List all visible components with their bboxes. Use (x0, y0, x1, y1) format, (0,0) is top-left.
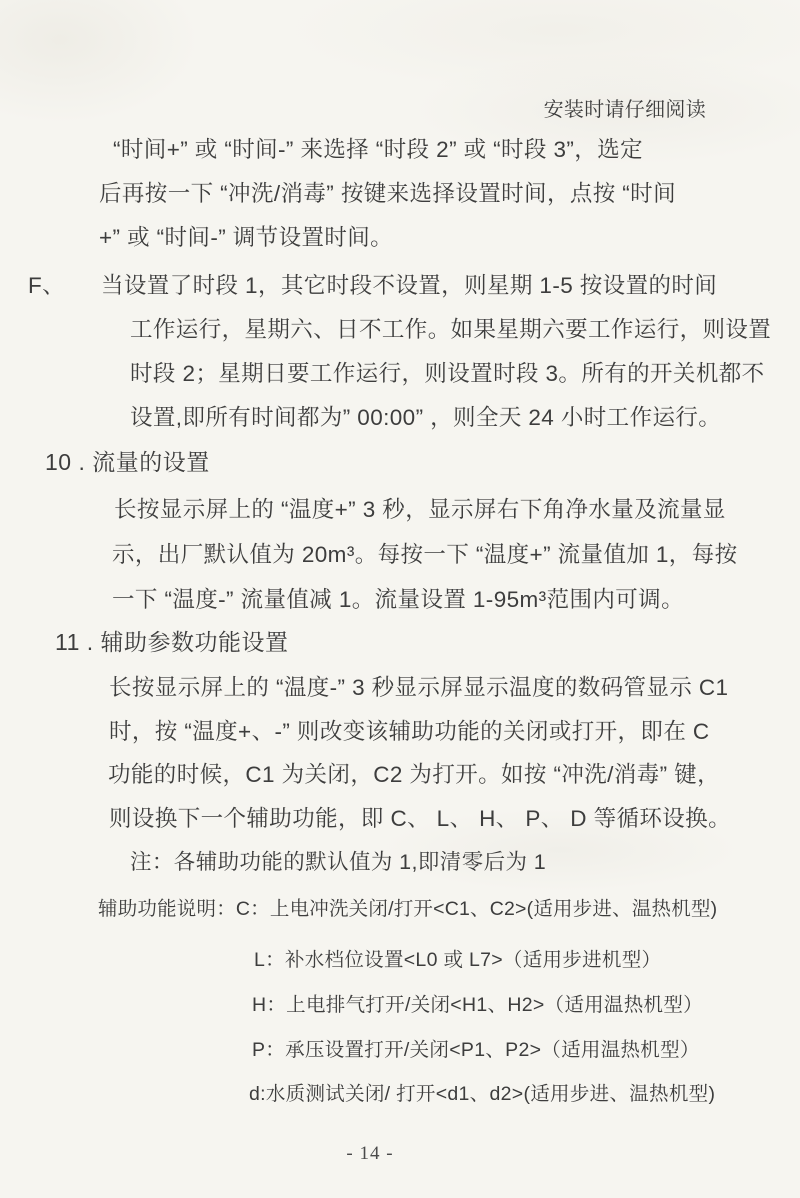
paragraph-line: 长按显示屏上的 “温度-” 3 秒显示屏显示温度的数码管显示 C1 (0, 666, 800, 710)
section-11-paragraph: 长按显示屏上的 “温度-” 3 秒显示屏显示温度的数码管显示 C1 时，按 “温… (0, 666, 800, 840)
section-11-heading: 11 . 辅助参数功能设置 (55, 624, 289, 657)
section-10-paragraph: 长按显示屏上的 “温度+” 3 秒，显示屏右下角净水量及流量显 示，出厂默认值为… (0, 487, 800, 622)
paragraph-line: 设置,即所有时间都为” 00:00” ，则全天 24 小时工作运行。 (0, 396, 800, 440)
page-number: - 14 - (0, 1143, 740, 1165)
note-line: 注：各辅助功能的默认值为 1,即清零后为 1 (130, 845, 546, 876)
aux-item-H: H：上电排气打开/关闭<H1、H2>（适用温热机型） (0, 983, 800, 1028)
item-f-paragraph: F、当设置了时段 1，其它时段不设置，则星期 1-5 按设置的时间 工作运行，星… (0, 264, 800, 440)
aux-items-list: L：补水档位设置<L0 或 L7>（适用步进机型） H：上电排气打开/关闭<H1… (0, 938, 800, 1116)
scanned-manual-page: 安装时请仔细阅读 “时间+” 或 “时间-” 来选择 “时段 2” 或 “时段 … (0, 0, 800, 1198)
section-10-heading: 10 . 流量的设置 (45, 444, 210, 477)
paragraph-line: 一下 “温度-” 流量值减 1。流量设置 1-95m³范围内可调。 (0, 577, 800, 622)
aux-item-d: d:水质测试关闭/ 打开<d1、d2>(适用步进、温热机型) (0, 1072, 800, 1116)
paragraph-line: 长按显示屏上的 “温度+” 3 秒，显示屏右下角净水量及流量显 (0, 487, 800, 532)
paragraph-line: 功能的时候，C1 为关闭，C2 为打开。如按 “冲洗/消毒” 键， (0, 753, 800, 797)
paragraph-line: 后再按一下 “冲洗/消毒” 按键来选择设置时间，点按 “时间 (0, 172, 800, 216)
header-note: 安装时请仔细阅读 (544, 93, 706, 122)
item-f-label: F、 (0, 264, 65, 308)
item-f-text: 当设置了时段 1，其它时段不设置，则星期 1-5 按设置的时间 (101, 273, 717, 298)
paragraph-line: 工作运行，星期六、日不工作。如果星期六要工作运行，则设置 (0, 308, 800, 352)
paragraph-line: 则设换下一个辅助功能，即 C、 L、 H、 P、 D 等循环设换。 (0, 797, 800, 841)
aux-intro-line: 辅助功能说明：C：上电冲洗关闭/打开<C1、C2>(适用步进、温热机型) (98, 893, 717, 921)
aux-item-P: P：承压设置打开/关闭<P1、P2>（适用温热机型） (0, 1028, 800, 1072)
paragraph-line: F、当设置了时段 1，其它时段不设置，则星期 1-5 按设置的时间 (0, 264, 800, 308)
paragraph-line: 时段 2；星期日要工作运行，则设置时段 3。所有的开关机都不 (0, 352, 800, 396)
paragraph-line: +” 或 “时间-” 调节设置时间。 (0, 216, 800, 260)
paragraph-line: 时，按 “温度+、-” 则改变该辅助功能的关闭或打开，即在 C (0, 710, 800, 754)
paragraph-line: 示，出厂默认值为 20m³。每按一下 “温度+” 流量值加 1，每按 (0, 532, 800, 577)
paragraph-line: “时间+” 或 “时间-” 来选择 “时段 2” 或 “时段 3”，选定 (0, 128, 800, 172)
aux-item-L: L：补水档位设置<L0 或 L7>（适用步进机型） (0, 938, 800, 983)
intro-paragraph: “时间+” 或 “时间-” 来选择 “时段 2” 或 “时段 3”，选定 后再按… (0, 128, 800, 260)
